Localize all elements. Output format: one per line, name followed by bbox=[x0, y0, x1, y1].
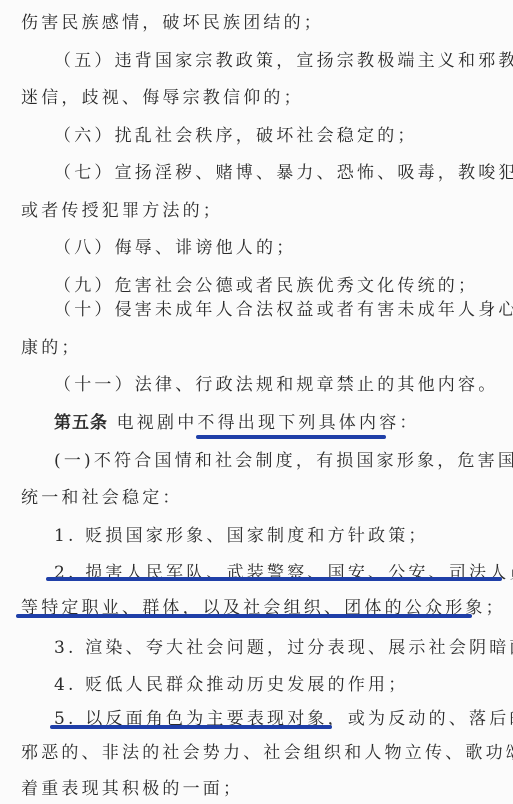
text-line: 伤害民族感情，破坏民族团结的； bbox=[21, 12, 324, 34]
highlight-underline bbox=[16, 614, 472, 618]
text-line: 3. 渲染、夸大社会问题，过分表现、展示社会阴暗面； bbox=[54, 637, 513, 659]
highlight-underline bbox=[46, 577, 502, 581]
text-line: 或者传授犯罪方法的； bbox=[21, 200, 223, 222]
text-line: （八）侮辱、诽谤他人的； bbox=[54, 237, 296, 259]
text-line: 康的； bbox=[21, 337, 82, 359]
text-line: （七）宣扬淫秽、赌博、暴力、恐怖、吸毒，教唆犯罪 bbox=[54, 162, 513, 184]
text-line: 1. 贬损国家形象、国家制度和方针政策； bbox=[54, 525, 429, 547]
text-line: 邪恶的、非法的社会势力、社会组织和人物立传、歌功颂德， bbox=[21, 742, 513, 764]
text-line: （五）违背国家宗教政策，宣扬宗教极端主义和邪教、 bbox=[54, 50, 513, 72]
text-line: 4. 贬低人民群众推动历史发展的作用； bbox=[54, 674, 408, 696]
text-line: （九）危害社会公德或者民族优秀文化传统的； bbox=[54, 275, 478, 297]
text-line: 着重表现其积极的一面； bbox=[21, 778, 243, 800]
text-line: （十一）法律、行政法规和规章禁止的其他内容。 bbox=[54, 374, 498, 396]
text-line: （十）侵害未成年人合法权益或者有害未成年人身心健 bbox=[54, 299, 513, 321]
highlight-underline bbox=[196, 435, 386, 439]
text-line: 统一和社会稳定： bbox=[21, 487, 183, 509]
article-label: 第五条 bbox=[54, 413, 108, 433]
article-text: 电视剧中不得出现下列具体内容： bbox=[108, 413, 420, 433]
text-line: (一)不符合国情和社会制度，有损国家形象，危害国家 bbox=[54, 450, 513, 472]
text-line: （六）扰乱社会秩序，破坏社会稳定的； bbox=[54, 125, 418, 147]
article-heading: 第五条 电视剧中不得出现下列具体内容： bbox=[54, 412, 420, 434]
document-page: 伤害民族感情，破坏民族团结的； （五）违背国家宗教政策，宣扬宗教极端主义和邪教、… bbox=[0, 0, 513, 804]
highlight-underline bbox=[50, 725, 332, 729]
text-line: 迷信，歧视、侮辱宗教信仰的； bbox=[21, 87, 304, 109]
